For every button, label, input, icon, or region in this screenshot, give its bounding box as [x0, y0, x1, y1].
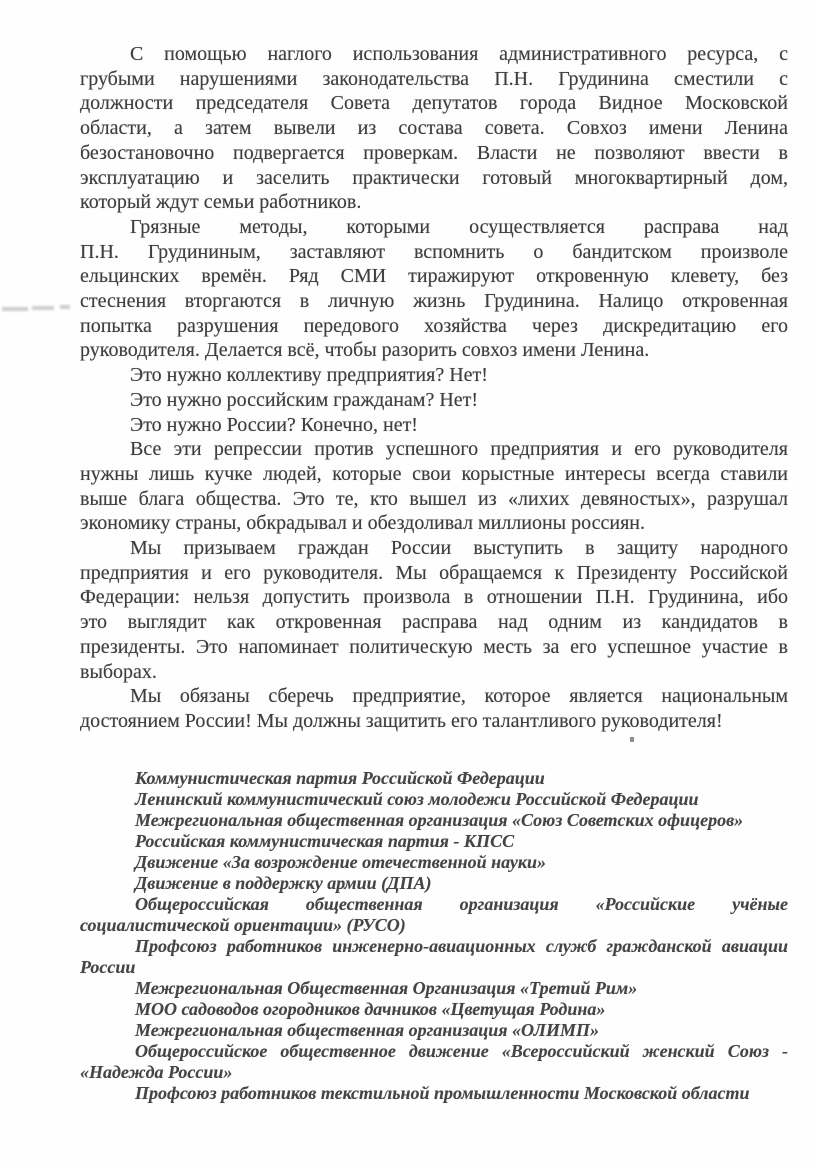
signatory-line: Межрегиональная Общественная Организация…: [80, 978, 788, 999]
body-text-line: руководителя. Делается всё, чтобы разори…: [80, 338, 788, 363]
signatory-line: социалистической ориентации» (РУСО): [80, 915, 788, 936]
body-text-line: президенты. Это напоминает политическую …: [80, 635, 788, 660]
paragraph: Грязные методы, которыми осуществляется …: [80, 215, 788, 363]
appeal-body-text: С помощью наглого использования админист…: [80, 42, 788, 734]
body-text-line: грубыми нарушениями законодательства П.Н…: [80, 67, 788, 92]
paragraph: Коммунистическая партия Российской Федер…: [80, 768, 788, 789]
body-text-line: Мы обязаны сберечь предприятие, которое …: [80, 684, 788, 709]
paragraph: Общероссийское общественное движение «Вс…: [80, 1041, 788, 1083]
signatory-organizations-list: Коммунистическая партия Российской Федер…: [80, 768, 788, 1104]
body-text-line: это выглядит как откровенная расправа на…: [80, 610, 788, 635]
body-text-line: Мы призываем граждан России выступить в …: [80, 536, 788, 561]
body-text-line: который ждут семьи работников.: [80, 190, 788, 215]
paragraph: Межрегиональная Общественная Организация…: [80, 978, 788, 999]
body-text-line: предприятия и его руководителя. Мы обращ…: [80, 561, 788, 586]
body-text-line: Это нужно России? Конечно, нет!: [80, 413, 788, 438]
body-text-line: ельцинских времён. Ряд СМИ тиражируют от…: [80, 264, 788, 289]
body-text-line: должности председателя Совета депутатов …: [80, 91, 788, 116]
body-text-line: С помощью наглого использования админист…: [80, 42, 788, 67]
paragraph: Межрегиональная общественная организация…: [80, 1020, 788, 1041]
paragraph: МОО садоводов огородников дачников «Цвет…: [80, 999, 788, 1020]
signatory-line: Профсоюз работников инженерно-авиационны…: [80, 936, 788, 957]
signatory-line: Движение в поддержку армии (ДПА): [80, 873, 788, 894]
paragraph: Профсоюз работников текстильной промышле…: [80, 1083, 788, 1104]
body-text-line: Все эти репрессии против успешного предп…: [80, 437, 788, 462]
signatory-line: Коммунистическая партия Российской Федер…: [80, 768, 788, 789]
signatory-line: Ленинский коммунистический союз молодежи…: [80, 789, 788, 810]
signatory-line: Межрегиональная общественная организация…: [80, 810, 788, 831]
body-text-line: Это нужно российским гражданам? Нет!: [80, 388, 788, 413]
body-text-line: достоянием России! Мы должны защитить ег…: [80, 709, 788, 734]
paragraph: Это нужно России? Конечно, нет!: [80, 413, 788, 438]
paragraph: Это нужно коллективу предприятия? Нет!: [80, 363, 788, 388]
paragraph: Ленинский коммунистический союз молодежи…: [80, 789, 788, 810]
body-text-line: области, а затем вывели из состава совет…: [80, 116, 788, 141]
body-text-line: экономику страны, обкрадывал и обездолив…: [80, 511, 788, 536]
body-text-line: стеснения вторгаются в личную жизнь Груд…: [80, 289, 788, 314]
body-text-line: Это нужно коллективу предприятия? Нет!: [80, 363, 788, 388]
scan-smudge-artifact: [0, 303, 78, 317]
signatory-line: Движение «За возрождение отечественной н…: [80, 852, 788, 873]
body-text-line: эксплуатацию и заселить практически гото…: [80, 166, 788, 191]
signatory-line: МОО садоводов огородников дачников «Цвет…: [80, 999, 788, 1020]
body-text-line: попытка разрушения передового хозяйства …: [80, 314, 788, 339]
signatory-line: России: [80, 957, 788, 978]
paragraph: Мы призываем граждан России выступить в …: [80, 536, 788, 684]
paragraph: Движение в поддержку армии (ДПА): [80, 873, 788, 894]
paragraph: С помощью наглого использования админист…: [80, 42, 788, 215]
paragraph: Общероссийская общественная организация …: [80, 894, 788, 936]
body-text-line: выборах.: [80, 660, 788, 685]
paragraph: Все эти репрессии против успешного предп…: [80, 437, 788, 536]
paragraph: Мы обязаны сберечь предприятие, которое …: [80, 684, 788, 733]
signatory-line: Межрегиональная общественная организация…: [80, 1020, 788, 1041]
document-page: С помощью наглого использования админист…: [0, 0, 814, 1165]
paragraph: Профсоюз работников инженерно-авиационны…: [80, 936, 788, 978]
signatory-line: Общероссийская общественная организация …: [80, 894, 788, 915]
paragraph: Это нужно российским гражданам? Нет!: [80, 388, 788, 413]
body-text-line: выше блага общества. Это те, кто вышел и…: [80, 487, 788, 512]
signatory-line: «Надежда России»: [80, 1062, 788, 1083]
body-text-line: Федерации: нельзя допустить произвола в …: [80, 585, 788, 610]
signatory-line: Российская коммунистическая партия - КПС…: [80, 831, 788, 852]
paragraph: Движение «За возрождение отечественной н…: [80, 852, 788, 873]
body-text-line: безостановочно подвергается проверкам. В…: [80, 141, 788, 166]
body-text-line: нужны лишь кучке людей, которые свои кор…: [80, 462, 788, 487]
body-text-line: Грязные методы, которыми осуществляется …: [80, 215, 788, 240]
paragraph: Межрегиональная общественная организация…: [80, 810, 788, 831]
signatory-line: Профсоюз работников текстильной промышле…: [80, 1083, 788, 1104]
body-text-line: П.Н. Грудининым, заставляют вспомнить о …: [80, 240, 788, 265]
signatory-line: Общероссийское общественное движение «Вс…: [80, 1041, 788, 1062]
scan-dot-artifact: [630, 737, 634, 742]
paragraph: Российская коммунистическая партия - КПС…: [80, 831, 788, 852]
